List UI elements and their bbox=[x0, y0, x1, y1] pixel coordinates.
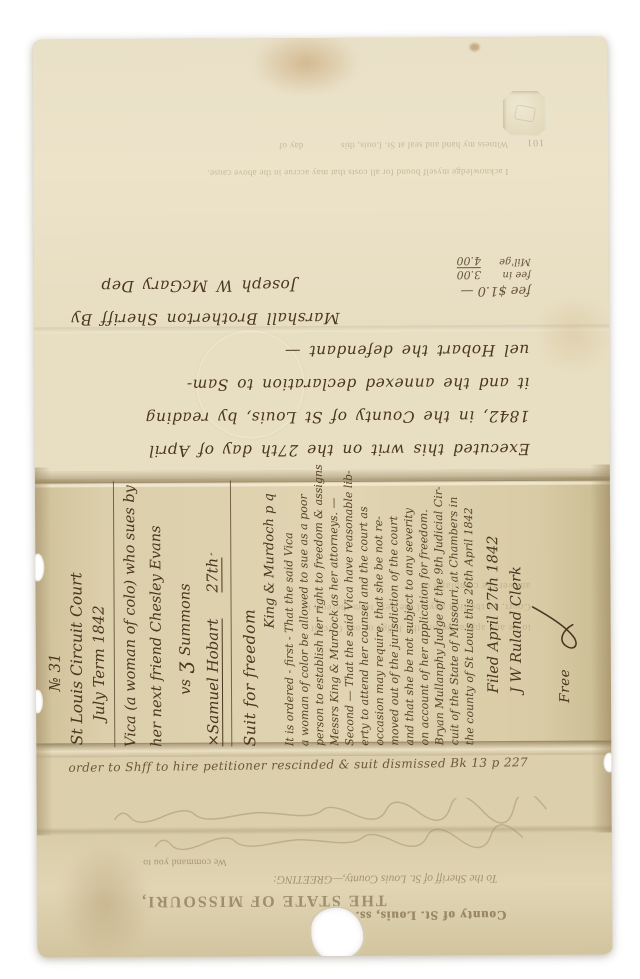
order-line: the county of St Louis this 26th April 1… bbox=[461, 479, 477, 745]
docket-tail: Free bbox=[528, 479, 593, 745]
docket-court-block: № 31 St Louis Circuit Court July Term 18… bbox=[42, 481, 115, 747]
order-line: It is ordered - first - That the said Vi… bbox=[281, 480, 297, 746]
free-annotation: Free bbox=[557, 669, 573, 703]
deputy-signature: Joseph W McGary Dep bbox=[49, 267, 529, 303]
return-line: Executed this writ on the 27th day of Ap… bbox=[50, 432, 530, 468]
return-day: 27th bbox=[203, 558, 222, 593]
vs-label: vs bbox=[178, 679, 194, 695]
order-line: cuit of the State of Missouri, at Chambe… bbox=[446, 479, 462, 745]
plaintiff-line: her next friend Chesley Evans bbox=[143, 481, 170, 747]
versus-row: vsʒSummons bbox=[169, 481, 200, 695]
order-line: on account of her application for freedo… bbox=[416, 479, 432, 745]
edge-tear bbox=[603, 752, 612, 772]
brace-mark: ʒ bbox=[171, 662, 195, 673]
attorneys-note: King & Murdoch p q bbox=[262, 480, 278, 628]
court-name: St Louis Circuit Court bbox=[65, 481, 88, 745]
embossed-seal-icon bbox=[503, 91, 547, 137]
return-line: 1842, in the County of St Louis, by read… bbox=[49, 399, 529, 435]
paper-stain bbox=[534, 294, 612, 374]
defendant-name: ×Samuel Hobart bbox=[204, 619, 224, 747]
printed-command-line: We command you to bbox=[143, 857, 227, 867]
order-line: and that she be not subject to any sever… bbox=[401, 480, 417, 746]
document-paper: 101 I acknowledge myself bound for all c… bbox=[33, 37, 613, 958]
docket-parties-block: Vica (a woman of colo) who sues by her n… bbox=[114, 480, 232, 747]
sheriff-signature: Marshall Brotherton Sheriff By bbox=[49, 300, 529, 336]
order-line: a woman of color be allowed to sue as a … bbox=[296, 480, 312, 746]
case-number: № 31 bbox=[44, 481, 66, 691]
order-line: occasion may require. that she be not re… bbox=[371, 480, 387, 746]
order-line: Bryan Mullanphy Judge of the 9th Judicia… bbox=[431, 479, 447, 745]
plaintiff-line: Vica (a woman of colo) who sues by bbox=[117, 481, 144, 747]
court-term: July Term 1842 bbox=[87, 481, 110, 721]
printed-state-heading: THE STATE OF MISSOURI, bbox=[140, 891, 387, 910]
docket-rotated-text: № 31 St Louis Circuit Court July Term 18… bbox=[42, 479, 601, 748]
bleed-line: I acknowledge myself bound for all costs… bbox=[128, 158, 508, 187]
scan-background: 101 I acknowledge myself bound for all c… bbox=[0, 0, 640, 979]
ditto-mark: ″ bbox=[210, 552, 220, 555]
court-order-text: It is ordered - first - That the said Vi… bbox=[281, 479, 477, 746]
order-line: erty to attend her counsel and the court… bbox=[356, 480, 372, 746]
sheriff-return-text: Executed this writ on the 27th day of Ap… bbox=[49, 267, 530, 468]
fee-amount-total: 4.00 bbox=[457, 254, 482, 268]
printed-greeting-line: To the Sheriff of St. Louis County,—GREE… bbox=[273, 872, 498, 885]
order-line: Second — That the said Vica have reasona… bbox=[341, 480, 357, 746]
defendant-row: ×Samuel Hobart27th″ bbox=[199, 480, 230, 746]
filed-date: Filed April 27th 1842 bbox=[482, 479, 506, 693]
writ-type: Summons bbox=[177, 583, 193, 655]
filing-block: Filed April 27th 1842 J W Ruland Clerk bbox=[482, 479, 529, 693]
order-line: person to establish her right to freedom… bbox=[311, 480, 327, 746]
order-line: Messrs King & Murdock as her attorneys. … bbox=[326, 480, 342, 746]
bleed-handwriting bbox=[94, 796, 575, 867]
order-line: moved out of the jurisdiction of the cou… bbox=[386, 480, 402, 746]
signature-flourish bbox=[529, 599, 581, 655]
return-line: uel Hobart the defendant — bbox=[49, 333, 529, 369]
clerk-signature: J W Ruland Clerk bbox=[505, 479, 529, 693]
return-line: it and the annexed declaration to Sam- bbox=[49, 366, 529, 402]
seal-crest bbox=[514, 104, 536, 122]
paper-stain bbox=[470, 43, 480, 51]
bleed-line: Witness my hand and seal at St. Louis, t… bbox=[128, 131, 508, 160]
faint-page-number: 101 bbox=[526, 137, 544, 148]
printed-bleed-top: I acknowledge myself bound for all costs… bbox=[128, 131, 508, 187]
cause-of-action: Suit for freedom bbox=[240, 480, 259, 746]
printed-county-venue: County of St. Louis, ss. bbox=[355, 907, 507, 924]
